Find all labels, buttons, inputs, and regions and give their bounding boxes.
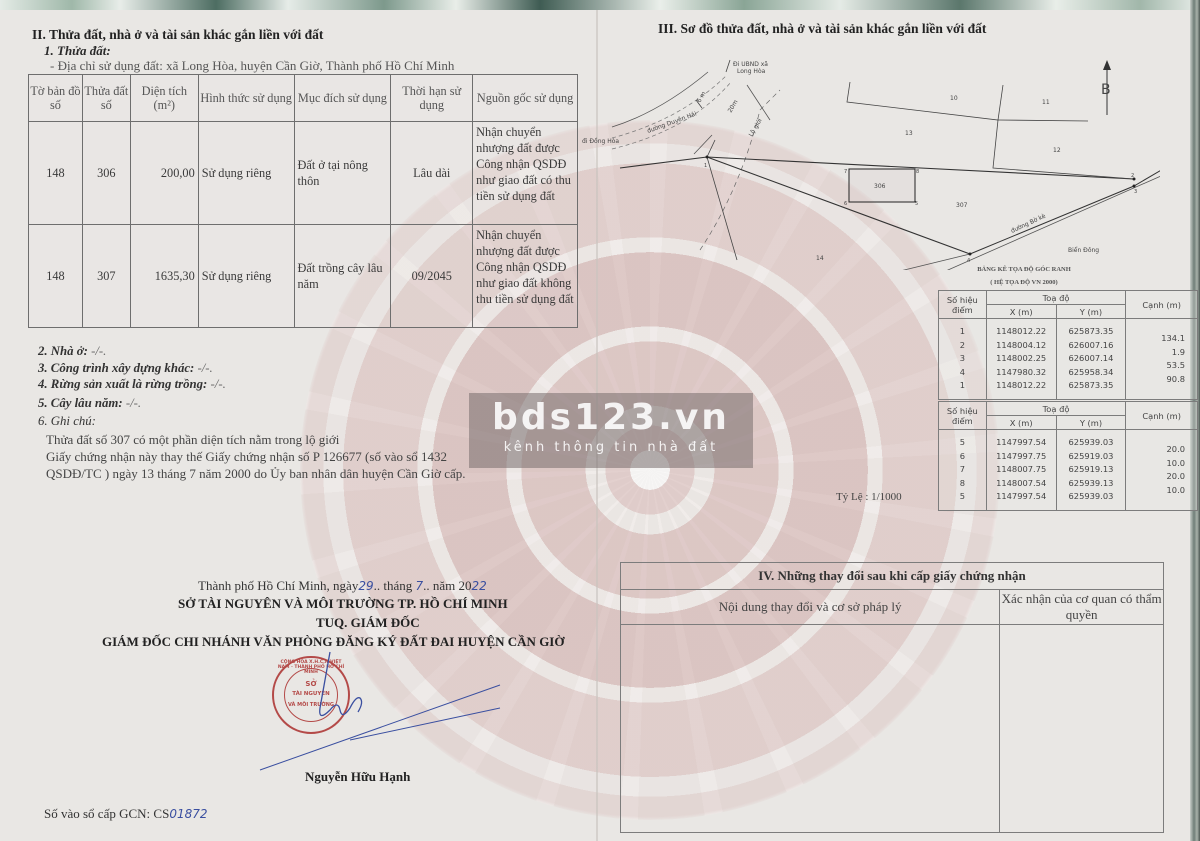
- land-heading: 1. Thửa đất:: [44, 43, 111, 59]
- edge-lengths: 20.010.020.010.0: [1126, 430, 1198, 511]
- changes-table: IV. Những thay đổi sau khi cấp giấy chứn…: [620, 562, 1164, 833]
- item-other-construction: 3. Công trình xây dựng khác: -/-.: [38, 361, 213, 376]
- label-road-bo-ke: đường Bờ kè: [1010, 213, 1047, 235]
- note-line-2: Giấy chứng nhận này thay thế Giấy chứng …: [46, 449, 447, 465]
- section-iii-title: III. Sơ đồ thửa đất, nhà ở và tài sản kh…: [658, 21, 986, 37]
- col-authority-confirmation: Xác nhận của cơ quan có thẩm quyền: [1000, 590, 1164, 625]
- parcel-label: 13: [905, 130, 913, 137]
- table-row: 148 307 1635,30 Sử dụng riêng Đất trồng …: [29, 225, 578, 328]
- registry-number: Số vào sổ cấp GCN: CS01872: [44, 806, 208, 822]
- col-change-content: Nội dung thay đổi và cơ sở pháp lý: [621, 590, 1000, 625]
- land-parcel-table: Tờ bản đồ số Thửa đất số Diện tích (m²) …: [28, 74, 578, 328]
- item-planted-forest: 4. Rừng sản xuất là rừng trồng: -/-.: [38, 377, 226, 392]
- label-sea: Biển Đông: [1068, 247, 1099, 254]
- point-ids: 12341: [939, 319, 987, 400]
- watermark-brand: bds123.vn: [469, 393, 753, 441]
- map-scale: Tỷ Lệ : 1/1000: [836, 491, 902, 503]
- section-ii-title: II. Thửa đất, nhà ở và tài sản khác gắn …: [32, 27, 323, 43]
- parcel-label: 10: [950, 95, 958, 102]
- signer-name: Nguyễn Hữu Hạnh: [305, 769, 410, 785]
- col-area: Diện tích (m²): [130, 75, 198, 122]
- label-to-commune-2: Long Hòa: [737, 68, 766, 75]
- land-address: - Địa chỉ sử dụng đất: xã Long Hòa, huyệ…: [50, 58, 454, 74]
- col-map-sheet: Tờ bản đồ số: [29, 75, 83, 122]
- item-notes-heading: 6. Ghi chú:: [38, 414, 96, 429]
- north-arrow-label: B: [1101, 82, 1111, 98]
- x-coords: 1147997.541147997.751148007.751148007.54…: [986, 430, 1056, 511]
- item-house: 2. Nhà ở: -/-.: [38, 344, 106, 359]
- confirmation-cell: [1000, 625, 1164, 833]
- handwritten-signature: [250, 640, 510, 780]
- cell-map-sheet: 148: [29, 122, 83, 225]
- cell-purpose: Đất trồng cây lâu năm: [294, 225, 391, 328]
- cell-area: 200,00: [130, 122, 198, 225]
- point-label: 2: [1131, 173, 1134, 179]
- label-road-width: 6 m: [696, 90, 708, 104]
- cell-purpose: Đất ở tại nông thôn: [294, 122, 391, 225]
- parcel-label: 307: [956, 202, 968, 209]
- label-road-duyen-hai: đường Duyên Hải: [646, 110, 698, 134]
- on-behalf-of: TUQ. GIÁM ĐỐC: [316, 615, 420, 631]
- cell-term: 09/2045: [391, 225, 473, 328]
- change-content-cell: [621, 625, 1000, 833]
- coord-table-subtitle: ( HỆ TỌA ĐỘ VN 2000): [938, 279, 1110, 286]
- cell-origin: Nhận chuyển nhượng đất được Công nhận QS…: [473, 225, 578, 328]
- point-label: 1: [704, 163, 707, 169]
- edge-lengths: 134.11.953.590.8: [1126, 319, 1198, 400]
- cell-usage-form: Sử dụng riêng: [198, 225, 294, 328]
- point-label: 4: [967, 258, 970, 264]
- note-line-1: Thửa đất số 307 có một phần diện tích nằ…: [46, 432, 339, 448]
- table-row: 148 306 200,00 Sử dụng riêng Đất ở tại n…: [29, 122, 578, 225]
- parcel-map: Đi UBND xã Long Hòa đi Đồng Hòa đường Du…: [580, 40, 1160, 270]
- parcel-label: 11: [1042, 99, 1050, 106]
- handwritten-day: 29: [358, 579, 373, 593]
- cell-term: Lâu dài: [391, 122, 473, 225]
- changes-title: IV. Những thay đổi sau khi cấp giấy chứn…: [621, 563, 1164, 590]
- label-setback-name: Lộ giới: [748, 117, 764, 138]
- cell-parcel-no: 306: [82, 122, 130, 225]
- y-coords: 625873.35626007.16626007.14625958.346258…: [1056, 319, 1126, 400]
- col-purpose: Mục đích sử dụng: [294, 75, 391, 122]
- parcel-label: 306: [874, 183, 886, 190]
- cell-origin: Nhận chuyển nhượng đất được Công nhận QS…: [473, 122, 578, 225]
- issue-date: Thành phố Hồ Chí Minh, ngày29.. tháng 7.…: [198, 578, 487, 594]
- point-label: 8: [916, 169, 919, 175]
- label-to-commune: Đi UBND xã: [733, 61, 768, 68]
- parcel-label: 14: [816, 255, 824, 262]
- point-ids: 56785: [939, 430, 987, 511]
- col-usage-form: Hình thức sử dụng: [198, 75, 294, 122]
- point-label: 3: [1134, 189, 1137, 195]
- x-coords: 1148012.221148004.121148002.251147980.32…: [986, 319, 1056, 400]
- issuing-authority: SỞ TÀI NGUYÊN VÀ MÔI TRƯỜNG TP. HỒ CHÍ M…: [178, 596, 508, 612]
- watermark-tagline: kênh thông tin nhà đất: [469, 441, 753, 455]
- label-to-dong-hoa: đi Đồng Hòa: [582, 137, 619, 145]
- col-parcel-no: Thửa đất số: [82, 75, 130, 122]
- cell-map-sheet: 148: [29, 225, 83, 328]
- coord-table-title: BẢNG KÊ TỌA ĐỘ GÓC RANH: [938, 266, 1110, 273]
- coord-table-307: Số hiệu điểm Toạ độ Cạnh (m) X (m) Y (m)…: [938, 290, 1198, 400]
- label-setback: 20m: [727, 99, 740, 114]
- handwritten-registry-number: 01872: [169, 807, 207, 821]
- cell-area: 1635,30: [130, 225, 198, 328]
- coord-table-306: Số hiệu điểm Toạ độ Cạnh (m) X (m) Y (m)…: [938, 401, 1198, 511]
- handwritten-year: 22: [472, 579, 487, 593]
- parcel-label: 12: [1053, 147, 1061, 154]
- y-coords: 625939.03625919.03625919.13625939.136259…: [1056, 430, 1126, 511]
- note-line-3: QSDĐ/TC ) ngày 13 tháng 7 năm 2000 do Ủy…: [46, 466, 466, 482]
- point-label: 5: [915, 201, 918, 207]
- item-perennial-trees: 5. Cây lâu năm: -/-.: [38, 396, 141, 411]
- point-label: 7: [844, 169, 847, 175]
- col-term: Thời hạn sử dụng: [391, 75, 473, 122]
- bds123-watermark: bds123.vn kênh thông tin nhà đất: [469, 393, 753, 468]
- cell-usage-form: Sử dụng riêng: [198, 122, 294, 225]
- cell-parcel-no: 307: [82, 225, 130, 328]
- point-label: 6: [844, 201, 847, 207]
- col-origin: Nguồn gốc sử dụng: [473, 75, 578, 122]
- handwritten-month: 7: [416, 579, 424, 593]
